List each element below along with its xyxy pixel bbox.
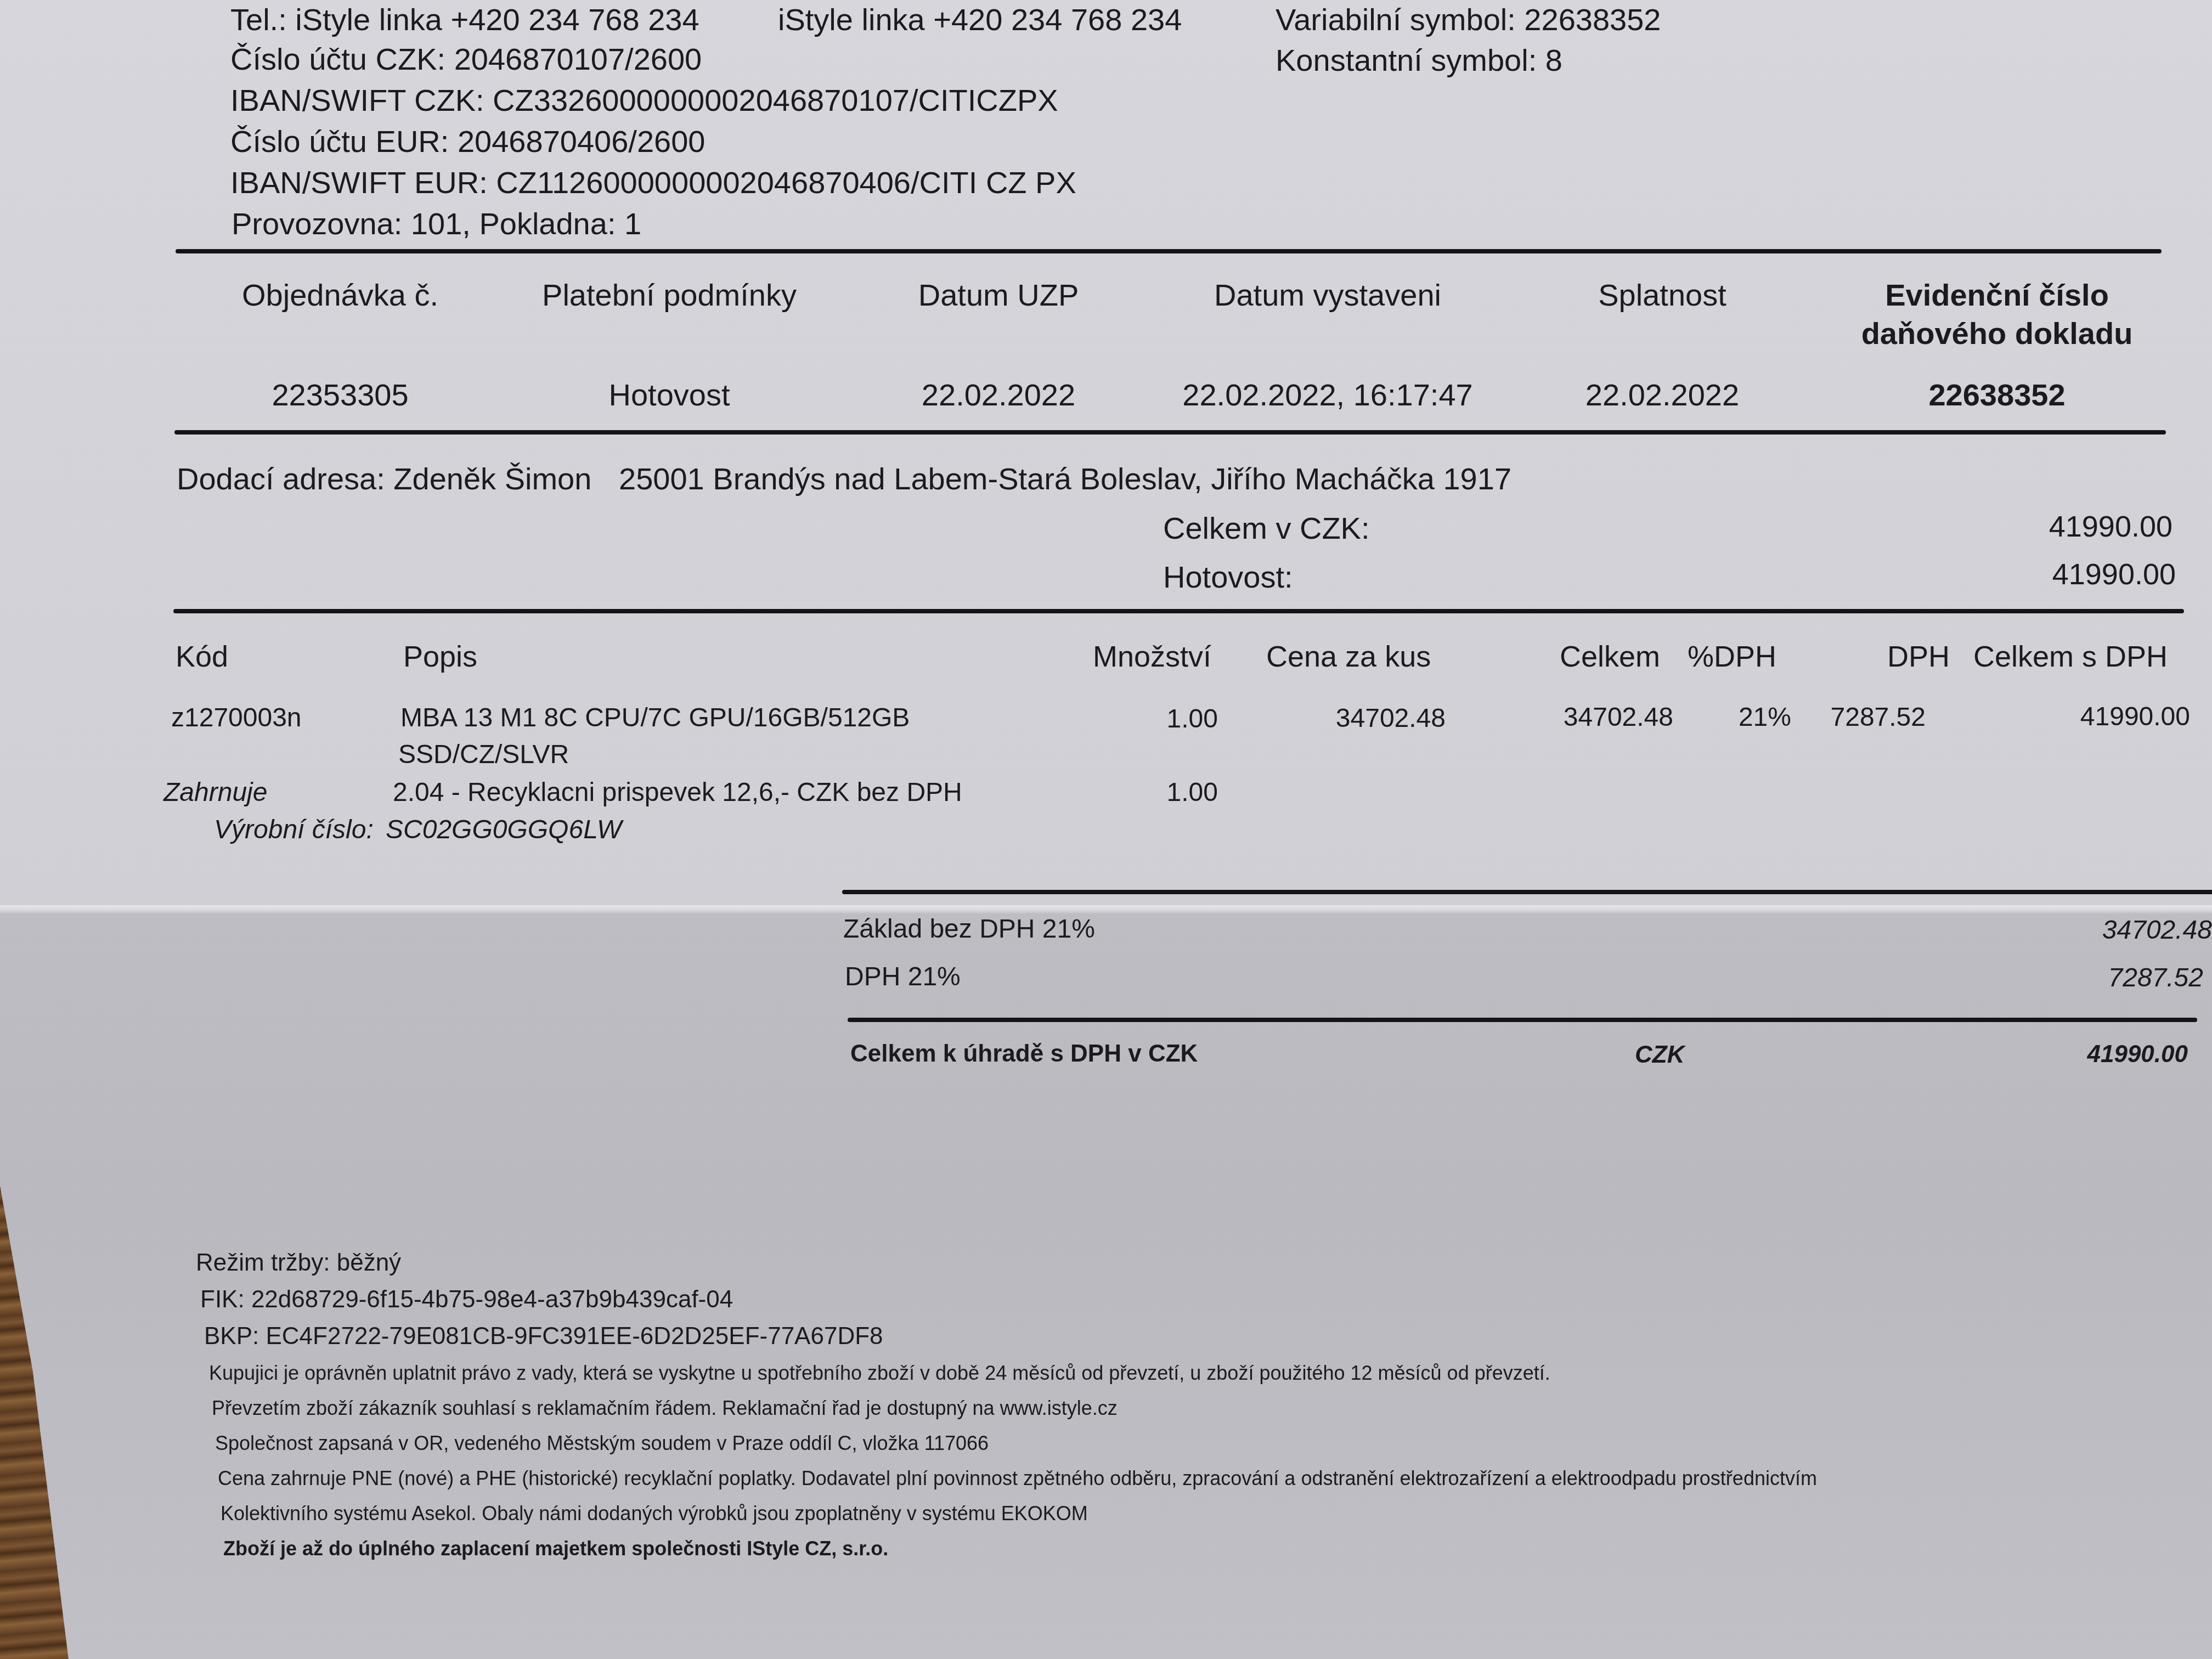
seller-iban-eur: IBAN/SWIFT EUR: CZ1126000000002046870406… [230,167,1076,198]
item-total-with-vat: 41990.00 [1975,704,2190,730]
legal-note-warranty: Kupujici je oprávněn uplatnit právo z va… [209,1363,1550,1383]
item-code: z1270003n [171,705,302,731]
col-header-total: Celkem [1560,642,1660,672]
cash-value: 41990.00 [1920,560,2176,589]
item-description-line2: SSD/CZ/SLVR [398,742,569,768]
col-header-code: Kód [176,642,228,672]
item-vat: 7287.52 [1788,704,1926,731]
legal-note-complaints: Převzetím zboží zákazník souhlasí s rekl… [212,1398,1118,1418]
divider-header [174,430,2166,435]
header-value-due-date: 22.02.2022 [1536,380,1788,410]
seller-account-czk: Číslo účtu CZK: 2046870107/2600 [230,44,702,75]
total-czk-label: Celkem v CZK: [1163,513,1370,544]
grand-total-currency: CZK [1635,1043,1684,1067]
cash-label: Hotovost: [1163,562,1293,592]
fik-code: FIK: 22d68729-6f15-4b75-98e4-a37b9b439ca… [200,1288,733,1312]
col-header-vat-rate: %DPH [1688,642,1776,672]
includes-quantity: 1.00 [1108,780,1218,806]
header-label-payment-terms: Platební podmínky [527,280,812,311]
col-header-total-with-vat: Celkem s DPH [1973,642,2168,672]
serial-label: Výrobní číslo: [214,817,374,843]
divider-vat [848,1018,2197,1022]
col-header-unit-price: Cena za kus [1266,642,1431,672]
total-czk-value: 41990.00 [1920,512,2172,541]
header-label-due-date: Splatnost [1536,280,1788,311]
constant-symbol: Konstantní symbol: 8 [1276,45,1562,76]
header-label-document-number: Evidenční číslo [1832,280,2162,311]
delivery-recipient: Dodací adresa: Zdeněk Šimon [177,464,591,494]
seller-branch: Provozovna: 101, Pokladna: 1 [232,208,641,239]
serial-value: SC02GG0GGQ6LW [386,817,622,843]
legal-note-recycling: Cena zahrnuje PNE (nové) a PHE (historic… [218,1469,1817,1488]
header-label-issue-date: Datum vystaveni [1169,280,1487,311]
item-quantity: 1.00 [1108,706,1218,732]
header-value-payment-terms: Hotovost [527,380,812,410]
header-value-taxable-date: 22.02.2022 [878,380,1119,410]
seller-iban-czk: IBAN/SWIFT CZK: CZ3326000000002046870107… [230,85,1058,116]
header-value-order: 22353305 [214,380,466,410]
includes-description: 2.04 - Recyklacni prispevek 12,6,- CZK b… [393,780,962,806]
item-description: MBA 13 M1 8C CPU/7C GPU/16GB/512GB [400,705,910,731]
header-value-issue-date: 22.02.2022, 16:17:47 [1169,380,1487,410]
seller-phone: Tel.: iStyle linka +420 234 768 234 [230,4,699,35]
grand-total-label: Celkem k úhradě s DPH v CZK [850,1042,1198,1066]
col-header-vat: DPH [1887,642,1950,672]
grand-total-value: 41990.00 [1975,1042,2188,1066]
header-label-order: Objednávka č. [214,280,466,311]
seller-account-eur: Číslo účtu EUR: 2046870406/2600 [230,126,705,157]
paper-fold-crease [0,905,2212,914]
includes-label: Zahrnuje [163,780,267,806]
vat-amount-value: 7287.52 [1975,965,2203,991]
item-total: 34702.48 [1506,704,1673,731]
vat-base-label: Základ bez DPH 21% [843,916,1095,943]
seller-phone-secondary: iStyle linka +420 234 768 234 [778,4,1182,35]
divider-top [176,249,2162,253]
delivery-address: 25001 Brandýs nad Labem-Stará Boleslav, … [619,464,1511,494]
ownership-note: Zboží je až do úplného zaplacení majetke… [223,1539,888,1559]
vat-base-value: 34702.48 [1975,917,2212,944]
divider-items [842,890,2212,894]
item-vat-rate: 21% [1701,704,1791,731]
item-unit-price: 34702.48 [1278,706,1446,732]
sales-mode: Režim tržby: běžný [196,1251,401,1275]
legal-note-recycling-cont: Kolektivního systému Asekol. Obaly námi … [221,1504,1088,1523]
vat-amount-label: DPH 21% [845,964,961,990]
header-label-document-number-line2: daňového dokladu [1832,318,2162,349]
legal-note-registration: Společnost zapsaná v OR, vedeného Městsk… [215,1434,989,1453]
header-value-document-number: 22638352 [1832,380,2162,410]
variable-symbol: Variabilní symbol: 22638352 [1276,4,1661,35]
header-label-taxable-date: Datum UZP [878,280,1119,311]
divider-totals [173,609,2184,613]
bkp-code: BKP: EC4F2722-79E081CB-9FC391EE-6D2D25EF… [204,1324,883,1348]
col-header-quantity: Množství [1093,642,1211,672]
col-header-description: Popis [403,642,477,672]
